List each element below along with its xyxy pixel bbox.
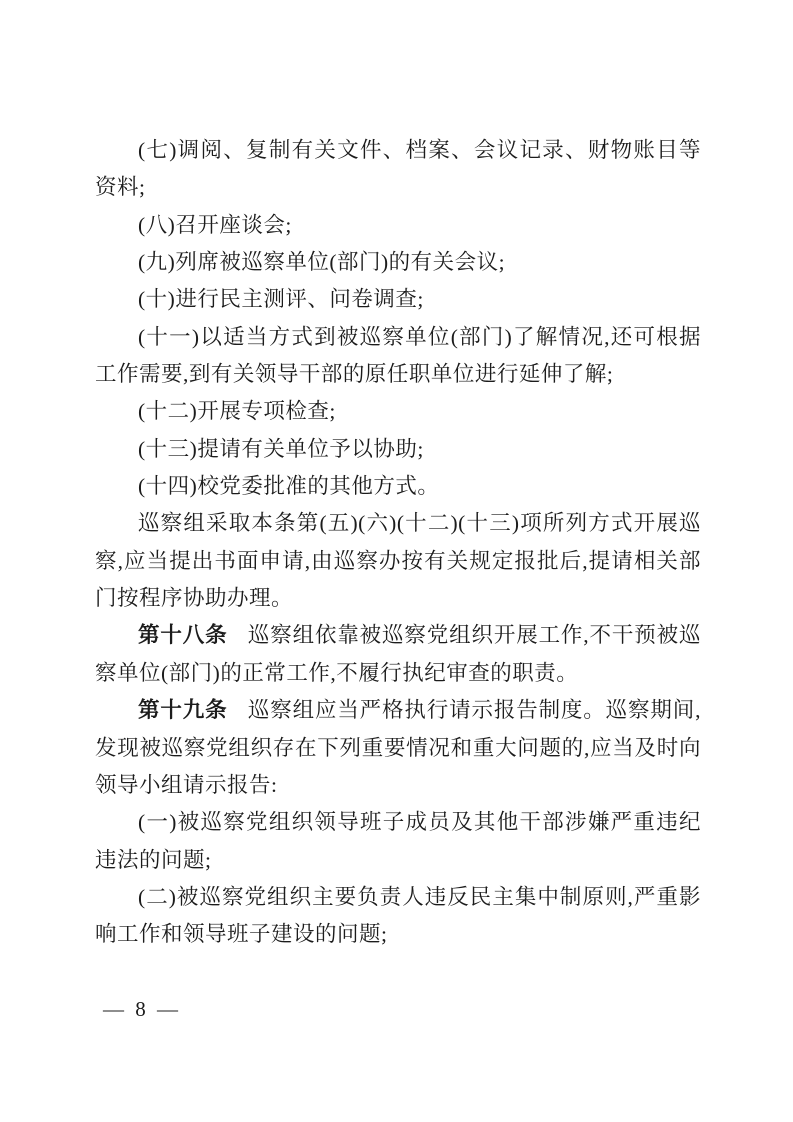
article-number: 第十九条 [138, 698, 248, 722]
document-page: (七)调阅、复制有关文件、档案、会议记录、财物账目等资料;(八)召开座谈会;(九… [0, 0, 793, 1122]
paragraph: (十一)以适当方式到被巡察单位(部门)了解情况,还可根据工作需要,到有关领导干部… [95, 319, 701, 394]
paragraph: 第十八条巡察组依靠被巡察党组织开展工作,不干预被巡察单位(部门)的正常工作,不履… [95, 617, 701, 692]
paragraph: (七)调阅、复制有关文件、档案、会议记录、财物账目等资料; [95, 132, 701, 207]
paragraph: (二)被巡察党组织主要负责人违反民主集中制原则,严重影响工作和领导班子建设的问题… [95, 879, 701, 954]
paragraph: (九)列席被巡察单位(部门)的有关会议; [95, 244, 701, 281]
document-body: (七)调阅、复制有关文件、档案、会议记录、财物账目等资料;(八)召开座谈会;(九… [95, 132, 701, 954]
paragraph: (十二)开展专项检查; [95, 393, 701, 430]
paragraph: (一)被巡察党组织领导班子成员及其他干部涉嫌严重违纪违法的问题; [95, 804, 701, 879]
paragraph: (十四)校党委批准的其他方式。 [95, 468, 701, 505]
paragraph: (十三)提请有关单位予以协助; [95, 431, 701, 468]
paragraph: (十)进行民主测评、问卷调查; [95, 281, 701, 318]
page-number: — 8 — [103, 997, 181, 1022]
paragraph: 巡察组采取本条第(五)(六)(十二)(十三)项所列方式开展巡察,应当提出书面申请… [95, 505, 701, 617]
paragraph: 第十九条巡察组应当严格执行请示报告制度。巡察期间,发现被巡察党组织存在下列重要情… [95, 692, 701, 804]
paragraph: (八)召开座谈会; [95, 207, 701, 244]
article-number: 第十八条 [138, 623, 248, 647]
